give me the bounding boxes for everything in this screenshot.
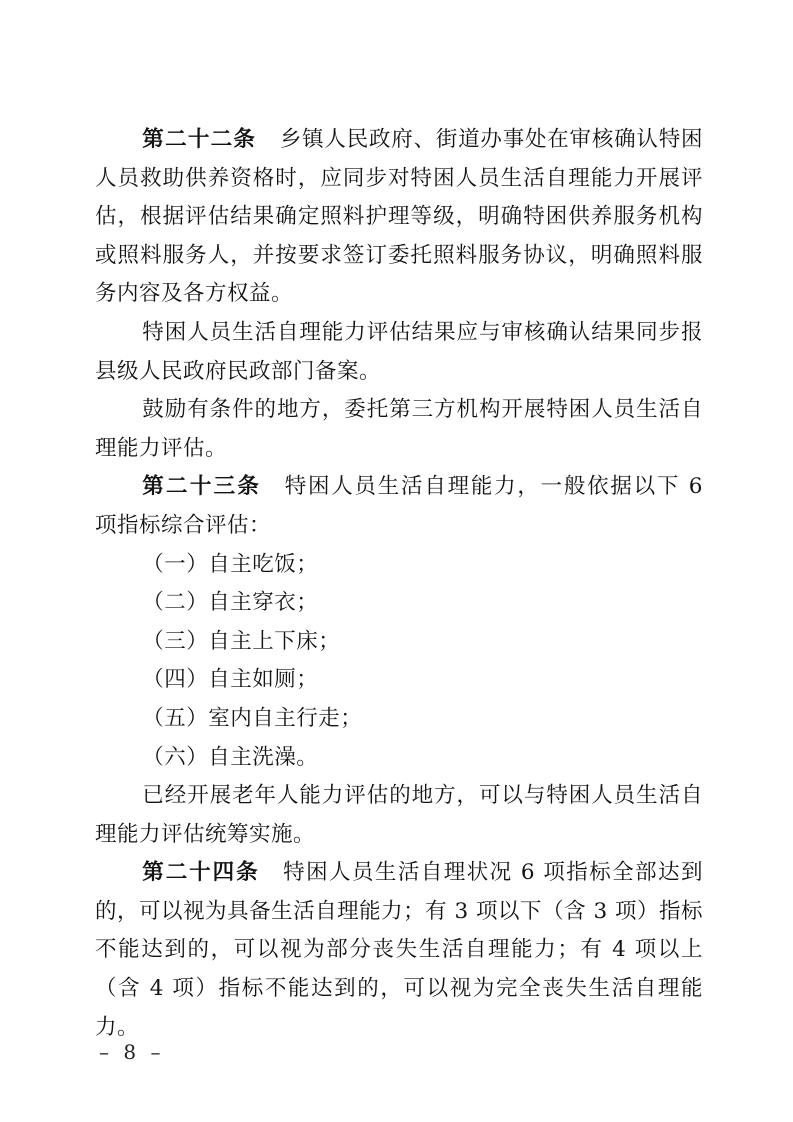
filing-paragraph: 特困人员生活自理能力评估结果应与审核确认结果同步报县级人民政府民政部门备案。 <box>95 314 703 391</box>
elderly-assessment-paragraph: 已经开展老年人能力评估的地方，可以与特困人员生活自理能力评估统筹实施。 <box>95 777 703 854</box>
document-page: 第二十二条乡镇人民政府、街道办事处在审核确认特困人员救助供养资格时，应同步对特困… <box>0 0 793 1122</box>
page-number: – 8 – <box>99 1040 164 1064</box>
article-22-paragraph: 第二十二条乡镇人民政府、街道办事处在审核确认特困人员救助供养资格时，应同步对特困… <box>95 121 703 314</box>
third-party-paragraph: 鼓励有条件的地方，委托第三方机构开展特困人员生活自理能力评估。 <box>95 391 703 468</box>
indicator-item-2: （二）自主穿衣； <box>95 584 703 623</box>
indicator-item-4: （四）自主如厕； <box>95 661 703 700</box>
document-content: 第二十二条乡镇人民政府、街道办事处在审核确认特困人员救助供养资格时，应同步对特困… <box>95 121 703 1047</box>
article-24-text: 特困人员生活自理状况 6 项指标全部达到的，可以视为具备生活自理能力；有 3 项… <box>95 860 703 1039</box>
article-24-label: 第二十四条 <box>142 860 259 885</box>
article-22-label: 第二十二条 <box>142 127 256 152</box>
indicator-item-5: （五）室内自主行走； <box>95 700 703 739</box>
article-24-paragraph: 第二十四条特困人员生活自理状况 6 项指标全部达到的，可以视为具备生活自理能力；… <box>95 854 703 1047</box>
indicator-item-3: （三）自主上下床； <box>95 623 703 662</box>
article-23-label: 第二十三条 <box>142 474 261 499</box>
indicator-item-6: （六）自主洗澡。 <box>95 739 703 778</box>
article-22-text: 乡镇人民政府、街道办事处在审核确认特困人员救助供养资格时，应同步对特困人员生活自… <box>95 127 703 306</box>
indicator-item-1: （一）自主吃饭； <box>95 546 703 585</box>
article-23-paragraph: 第二十三条特困人员生活自理能力，一般依据以下 6 项指标综合评估： <box>95 468 703 545</box>
